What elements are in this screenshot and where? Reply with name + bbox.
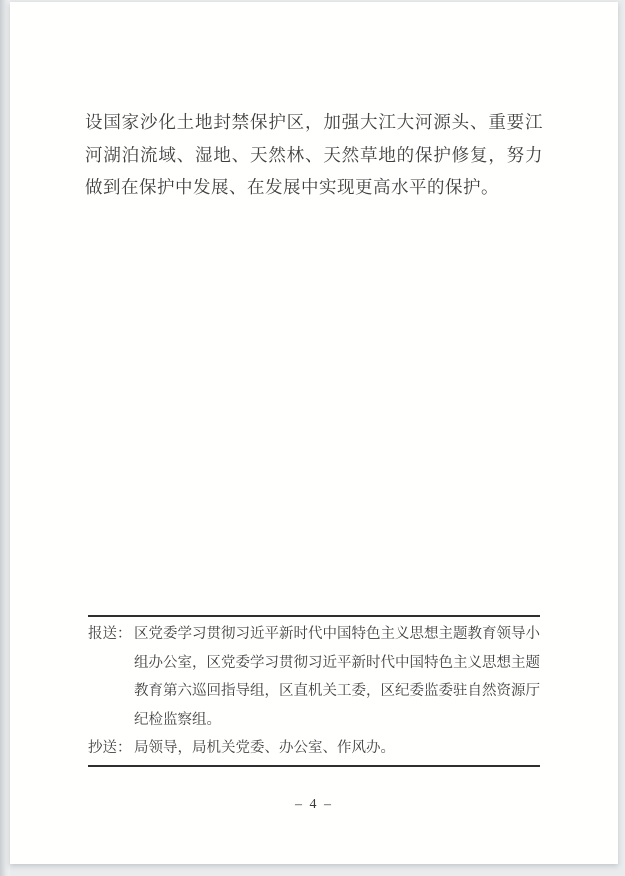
page-number: – 4 – xyxy=(10,797,618,813)
body-paragraph: 设国家沙化土地封禁保护区，加强大江大河源头、重要江河湖泊流域、湿地、天然林、天然… xyxy=(85,106,543,204)
footer-divider-bottom xyxy=(88,765,540,767)
report-to-text: 区党委学习贯彻习近平新时代中国特色主义思想主题教育领导小组办公室，区党委学习贯彻… xyxy=(134,620,540,734)
scan-left-gutter xyxy=(0,0,10,876)
report-to-label: 报送： xyxy=(88,620,134,734)
report-to-row: 报送： 区党委学习贯彻习近平新时代中国特色主义思想主题教育领导小组办公室，区党委… xyxy=(88,620,540,734)
distribution-rows: 报送： 区党委学习贯彻习近平新时代中国特色主义思想主题教育领导小组办公室，区党委… xyxy=(88,617,540,765)
copy-to-label: 抄送： xyxy=(88,734,134,763)
distribution-footer: 报送： 区党委学习贯彻习近平新时代中国特色主义思想主题教育领导小组办公室，区党委… xyxy=(88,615,540,767)
copy-to-text: 局领导，局机关党委、办公室、作风办。 xyxy=(134,734,540,763)
document-page: 设国家沙化土地封禁保护区，加强大江大河源头、重要江河湖泊流域、湿地、天然林、天然… xyxy=(10,2,618,864)
copy-to-row: 抄送： 局领导，局机关党委、办公室、作风办。 xyxy=(88,734,540,763)
document-canvas: 设国家沙化土地封禁保护区，加强大江大河源头、重要江河湖泊流域、湿地、天然林、天然… xyxy=(0,0,625,876)
